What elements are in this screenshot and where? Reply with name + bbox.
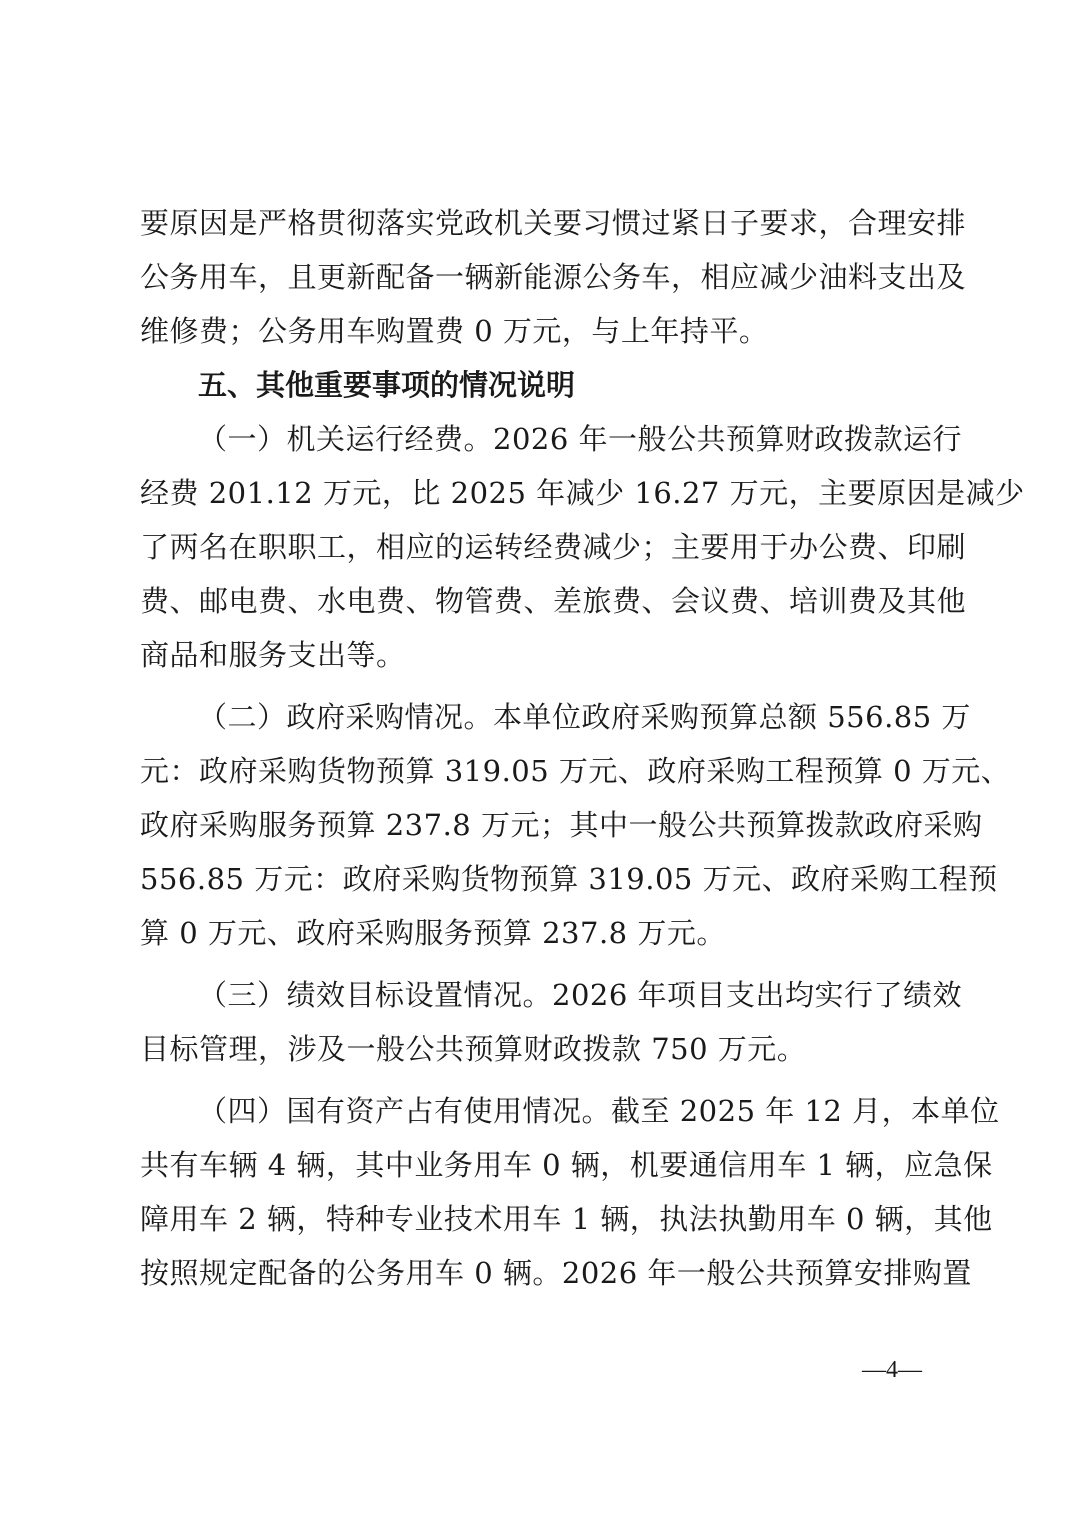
intro-paragraph: 要原因是严格贯彻落实党政机关要习惯过紧日子要求，合理安排 公务用车，且更新配备一… bbox=[140, 196, 940, 358]
text-line: （三）绩效目标设置情况。2026 年项目支出均实行了绩效 bbox=[140, 968, 940, 1022]
document-page: 要原因是严格贯彻落实党政机关要习惯过紧日子要求，合理安排 公务用车，且更新配备一… bbox=[140, 196, 940, 1300]
page-number: —4— bbox=[862, 1355, 922, 1385]
text-line: 政府采购服务预算 237.8 万元；其中一般公共预算拨款政府采购 bbox=[140, 798, 940, 852]
text-line: （一）机关运行经费。2026 年一般公共预算财政拨款运行 bbox=[140, 412, 940, 466]
text-line: 元：政府采购货物预算 319.05 万元、政府采购工程预算 0 万元、 bbox=[140, 744, 940, 798]
subsection-operating-expenses: （一）机关运行经费。2026 年一般公共预算财政拨款运行 经费 201.12 万… bbox=[140, 412, 940, 682]
paragraph-gap bbox=[140, 682, 940, 690]
subsection-government-procurement: （二）政府采购情况。本单位政府采购预算总额 556.85 万 元：政府采购货物预… bbox=[140, 690, 940, 960]
text-line: 556.85 万元：政府采购货物预算 319.05 万元、政府采购工程预 bbox=[140, 852, 940, 906]
text-line: 目标管理，涉及一般公共预算财政拨款 750 万元。 bbox=[140, 1022, 940, 1076]
subsection-state-assets: （四）国有资产占有使用情况。截至 2025 年 12 月，本单位 共有车辆 4 … bbox=[140, 1084, 940, 1300]
text-line: 公务用车，且更新配备一辆新能源公务车，相应减少油料支出及 bbox=[140, 250, 940, 304]
text-line: 了两名在职职工，相应的运转经费减少；主要用于办公费、印刷 bbox=[140, 520, 940, 574]
text-line: 商品和服务支出等。 bbox=[140, 628, 940, 682]
text-line: 费、邮电费、水电费、物管费、差旅费、会议费、培训费及其他 bbox=[140, 574, 940, 628]
subsection-performance-targets: （三）绩效目标设置情况。2026 年项目支出均实行了绩效 目标管理，涉及一般公共… bbox=[140, 968, 940, 1076]
text-line: 共有车辆 4 辆，其中业务用车 0 辆，机要通信用车 1 辆，应急保 bbox=[140, 1138, 940, 1192]
text-line: （四）国有资产占有使用情况。截至 2025 年 12 月，本单位 bbox=[140, 1084, 940, 1138]
text-line: 按照规定配备的公务用车 0 辆。2026 年一般公共预算安排购置 bbox=[140, 1246, 940, 1300]
paragraph-gap bbox=[140, 960, 940, 968]
text-line: 经费 201.12 万元，比 2025 年减少 16.27 万元，主要原因是减少 bbox=[140, 466, 940, 520]
section-heading: 五、其他重要事项的情况说明 bbox=[140, 358, 940, 412]
text-line: 障用车 2 辆，特种专业技术用车 1 辆，执法执勤用车 0 辆，其他 bbox=[140, 1192, 940, 1246]
text-line: 维修费；公务用车购置费 0 万元，与上年持平。 bbox=[140, 304, 940, 358]
text-line: 算 0 万元、政府采购服务预算 237.8 万元。 bbox=[140, 906, 940, 960]
text-line: 要原因是严格贯彻落实党政机关要习惯过紧日子要求，合理安排 bbox=[140, 196, 940, 250]
text-line: （二）政府采购情况。本单位政府采购预算总额 556.85 万 bbox=[140, 690, 940, 744]
paragraph-gap bbox=[140, 1076, 940, 1084]
